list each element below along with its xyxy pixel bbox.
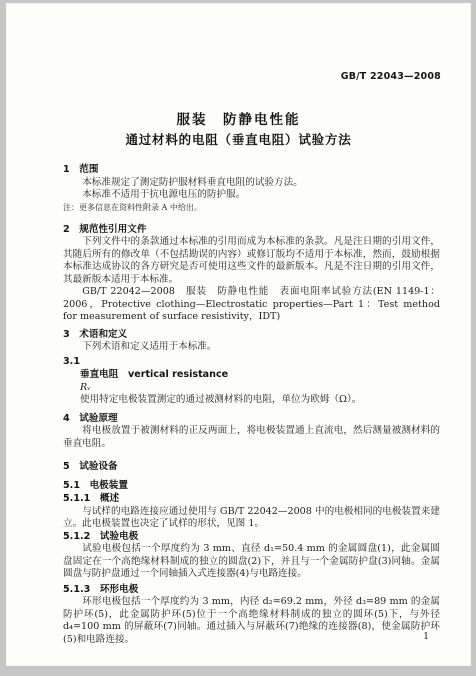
heading-terms-definitions: 3 术语和定义 [63, 329, 440, 342]
heading-ring-electrode: 5.1.3 环形电极 [63, 584, 440, 597]
term-item-number: 3.1 [63, 356, 440, 369]
normative-references-paragraph: 下列文件中的条款通过本标准的引用而成为本标准的条款。凡是注日期的引用文件，其随后… [63, 236, 440, 286]
heading-scope: 1 范围 [63, 164, 440, 177]
heading-test-electrode: 5.1.2 试验电极 [63, 531, 440, 544]
title-line-2: 通过材料的电阻（垂直电阻）试验方法 [6, 132, 471, 147]
ring-electrode-paragraph: 环形电极包括一个厚度约为 3 mm，内径 d₂=69.2 mm，外径 d₃=89… [63, 596, 440, 646]
heading-normative-references: 2 规范性引用文件 [63, 224, 440, 237]
standard-number: GB/T 22043—2008 [341, 71, 441, 82]
page-number: 1 [423, 632, 429, 642]
heading-test-equipment: 5 试验设备 [63, 461, 440, 474]
terms-intro-paragraph: 下列术语和定义适用于本标准。 [63, 341, 440, 354]
overview-paragraph: 与试样的电路连接应通过使用与 GB/T 22042—2008 中的电极相同的电极… [63, 506, 440, 531]
scope-note: 注：更多信息在资料性附录 A 中给出。 [63, 202, 440, 213]
heading-overview: 5.1.1 概述 [63, 493, 440, 506]
term-definition: 使用特定电极装置测定的通过被测材料的电阻，单位为欧姆（Ω）。 [80, 394, 440, 407]
scanned-document-page: GB/T 22043—2008 服装 防静电性能 通过材料的电阻（垂直电阻）试验… [6, 3, 471, 666]
test-electrode-paragraph: 试验电极包括一个厚度约为 3 mm、直径 d₁=50.4 mm 的金属圆盘(1)… [63, 543, 440, 581]
scope-paragraph-1: 本标准规定了测定防护服材料垂直电阻的试验方法。 [63, 177, 440, 190]
scope-paragraph-2: 本标准不适用于抗电源电压的防护服。 [63, 189, 440, 202]
title-line-1: 服装 防静电性能 [6, 113, 471, 128]
document-body: 1 范围 本标准规定了测定防护服材料垂直电阻的试验方法。 本标准不适用于抗电源电… [63, 164, 440, 646]
test-principle-paragraph: 将电极放置于被测材料的正反两面上，将电极装置通上直流电，然后测量被测材料的垂直电… [63, 425, 440, 450]
term-name: 垂直电阻 vertical resistance [80, 369, 440, 382]
document-title: 服装 防静电性能 通过材料的电阻（垂直电阻）试验方法 [6, 113, 471, 147]
heading-test-principle: 4 试验原理 [63, 413, 440, 426]
normative-reference-entry: GB/T 22042—2008 服装 防静电性能 表面电阻率试验方法(EN 11… [63, 286, 440, 324]
heading-electrode-assembly: 5.1 电极装置 [63, 480, 440, 493]
term-symbol: Rᵥ [80, 382, 440, 395]
